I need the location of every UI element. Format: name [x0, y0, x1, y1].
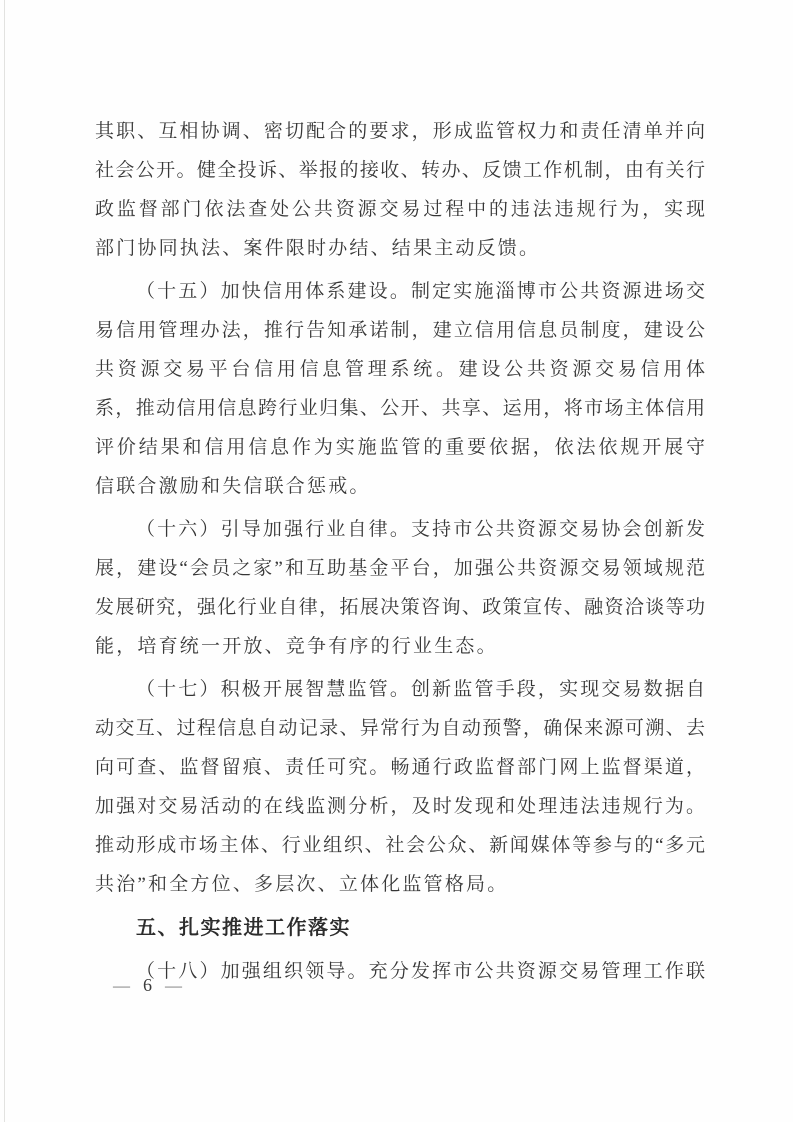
- paragraph-item-16: （十六）引导加强行业自律。支持市公共资源交易协会创新发 展，建设“会员之家”和互…: [95, 510, 705, 666]
- paragraph-item-18: （十八）加强组织领导。充分发挥市公共资源交易管理工作联: [95, 952, 705, 991]
- text-line: 共资源交易平台信用信息管理系统。建设公共资源交易信用体: [95, 350, 705, 389]
- text-line: 社会公开。健全投诉、举报的接收、转办、反馈工作机制，由有关行: [95, 151, 705, 190]
- text-line: 向可查、监督留痕、责任可究。畅通行政监督部门网上监督渠道，: [95, 748, 705, 787]
- text-line: （十七）积极开展智慧监管。创新监管手段，实现交易数据自: [95, 670, 705, 709]
- paragraph-continuation: 其职、互相协调、密切配合的要求，形成监管权力和责任清单并向 社会公开。健全投诉、…: [95, 112, 705, 268]
- text-line: 展，建设“会员之家”和互助基金平台，加强公共资源交易领域规范: [95, 549, 705, 588]
- text-line: 系，推动信用信息跨行业归集、公开、共享、运用，将市场主体信用: [95, 389, 705, 428]
- paragraph-item-17: （十七）积极开展智慧监管。创新监管手段，实现交易数据自 动交互、过程信息自动记录…: [95, 670, 705, 904]
- footer-right-dash: —: [165, 977, 182, 994]
- document-body: 其职、互相协调、密切配合的要求，形成监管权力和责任清单并向 社会公开。健全投诉、…: [95, 112, 705, 991]
- page-footer: — 6 —: [113, 976, 182, 994]
- page-edge-line: [4, 0, 5, 1122]
- text-line: 能，培育统一开放、竞争有序的行业生态。: [95, 627, 705, 666]
- text-line: （十五）加快信用体系建设。制定实施淄博市公共资源进场交: [95, 272, 705, 311]
- footer-left-dash: —: [113, 977, 130, 994]
- text-line: 评价结果和信用信息作为实施监管的重要依据，依法依规开展守: [95, 428, 705, 467]
- text-line: 信联合激励和失信联合惩戒。: [95, 467, 705, 506]
- document-page: 其职、互相协调、密切配合的要求，形成监管权力和责任清单并向 社会公开。健全投诉、…: [0, 0, 793, 1122]
- text-line: （十六）引导加强行业自律。支持市公共资源交易协会创新发: [95, 510, 705, 549]
- paragraph-item-15: （十五）加快信用体系建设。制定实施淄博市公共资源进场交 易信用管理办法，推行告知…: [95, 272, 705, 506]
- text-line: 其职、互相协调、密切配合的要求，形成监管权力和责任清单并向: [95, 112, 705, 151]
- page-number: 6: [143, 976, 152, 994]
- text-line: 动交互、过程信息自动记录、异常行为自动预警，确保来源可溯、去: [95, 709, 705, 748]
- text-line: 易信用管理办法，推行告知承诺制，建立信用信息员制度，建设公: [95, 311, 705, 350]
- text-line: 发展研究，强化行业自律，拓展决策咨询、政策宣传、融资洽谈等功: [95, 588, 705, 627]
- section-heading: 五、扎实推进工作落实: [95, 909, 705, 948]
- text-line: 部门协同执法、案件限时办结、结果主动反馈。: [95, 229, 705, 268]
- text-line: 加强对交易活动的在线监测分析，及时发现和处理违法违规行为。: [95, 787, 705, 826]
- text-line: 共治”和全方位、多层次、立体化监管格局。: [95, 865, 705, 904]
- text-line: 推动形成市场主体、行业组织、社会公众、新闻媒体等参与的“多元: [95, 826, 705, 865]
- text-line: 政监督部门依法查处公共资源交易过程中的违法违规行为，实现: [95, 190, 705, 229]
- text-line: （十八）加强组织领导。充分发挥市公共资源交易管理工作联: [95, 952, 705, 991]
